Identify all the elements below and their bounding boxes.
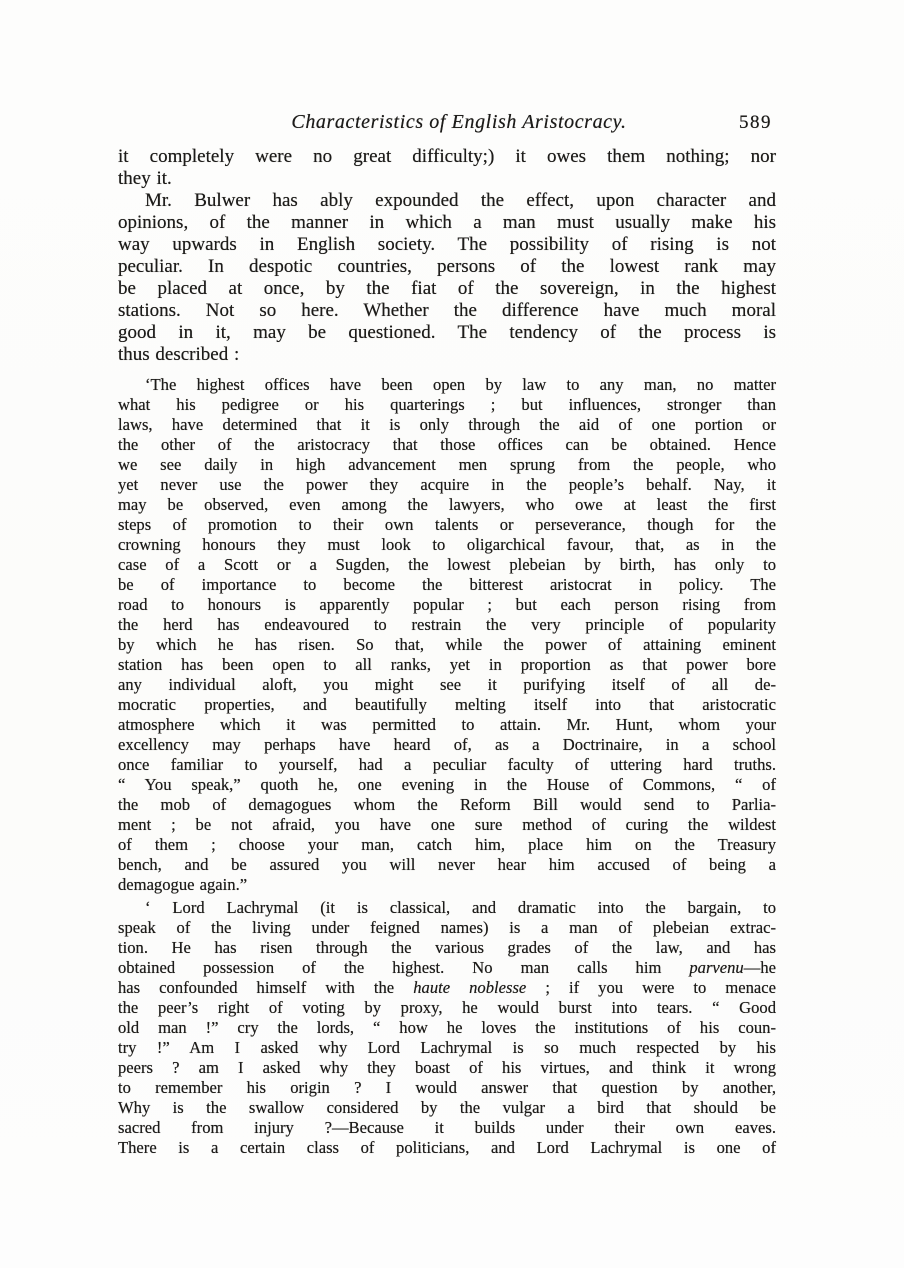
text-line: excellency may perhaps have heard of, as… (118, 735, 776, 755)
text-line: once familiar to yourself, had a peculia… (118, 755, 776, 775)
text-line: thus described : (118, 344, 776, 366)
text-line: good in it, may be questioned. The tende… (118, 322, 776, 344)
text-line: demagogue again.” (118, 875, 776, 895)
text-line: ‘ Lord Lachrymal (it is classical, and d… (118, 898, 776, 918)
text-line: obtained possession of the highest. No m… (118, 958, 776, 978)
text-line: “ You speak,” quoth he, one evening in t… (118, 775, 776, 795)
text-line: tion. He has risen through the various g… (118, 938, 776, 958)
text-line: yet never use the power they acquire in … (118, 475, 776, 495)
text-line: be of importance to become the bitterest… (118, 575, 776, 595)
text-line: the peer’s right of voting by proxy, he … (118, 998, 776, 1018)
text-line: opinions, of the manner in which a man m… (118, 212, 776, 234)
text-line: they it. (118, 168, 776, 190)
text-line: old man !” cry the lords, “ how he loves… (118, 1018, 776, 1038)
text-line: bench, and be assured you will never hea… (118, 855, 776, 875)
paragraph: ‘The highest offices have been open by l… (118, 375, 776, 895)
text-line: to remember his origin ? I would answer … (118, 1078, 776, 1098)
text-line: Mr. Bulwer has ably expounded the effect… (118, 190, 776, 212)
text-line: way upwards in English society. The poss… (118, 234, 776, 256)
paragraph: ‘ Lord Lachrymal (it is classical, and d… (118, 898, 776, 1158)
text-line: the herd has endeavoured to restrain the… (118, 615, 776, 635)
running-head: Characteristics of English Aristocracy. … (118, 111, 776, 137)
text-line: Why is the swallow considered by the vul… (118, 1098, 776, 1118)
page-title: Characteristics of English Aristocracy. (130, 111, 788, 134)
text-line: mocratic properties, and beautifully mel… (118, 695, 776, 715)
text-line: has confounded himself with the haute no… (118, 978, 776, 998)
text-column: Characteristics of English Aristocracy. … (118, 0, 776, 1158)
text-line: of them ; choose your man, catch him, pl… (118, 835, 776, 855)
text-line: be placed at once, by the fiat of the so… (118, 278, 776, 300)
text-line: There is a certain class of politicians,… (118, 1138, 776, 1158)
text-block: it completely were no great difficulty;)… (118, 146, 776, 1158)
text-line: stations. Not so here. Whether the diffe… (118, 300, 776, 322)
book-page-scan: Characteristics of English Aristocracy. … (0, 0, 904, 1268)
text-line: the other of the aristocracy that those … (118, 435, 776, 455)
text-line: speak of the living under feigned names)… (118, 918, 776, 938)
text-line: station has been open to all ranks, yet … (118, 655, 776, 675)
text-line: we see daily in high advancement men spr… (118, 455, 776, 475)
text-line: case of a Scott or a Sugden, the lowest … (118, 555, 776, 575)
text-line: ment ; be not afraid, you have one sure … (118, 815, 776, 835)
paragraph: Mr. Bulwer has ably expounded the effect… (118, 190, 776, 366)
text-line: any individual aloft, you might see it p… (118, 675, 776, 695)
text-line: the mob of demagogues whom the Reform Bi… (118, 795, 776, 815)
text-line: ‘The highest offices have been open by l… (118, 375, 776, 395)
text-line: peculiar. In despotic countries, persons… (118, 256, 776, 278)
text-line: sacred from injury ?—Because it builds u… (118, 1118, 776, 1138)
text-line: atmosphere which it was permitted to att… (118, 715, 776, 735)
paragraph: it completely were no great difficulty;)… (118, 146, 776, 190)
text-line: road to honours is apparently popular ; … (118, 595, 776, 615)
text-line: laws, have determined that it is only th… (118, 415, 776, 435)
text-line: may be observed, even among the lawyers,… (118, 495, 776, 515)
text-line: it completely were no great difficulty;)… (118, 146, 776, 168)
text-line: try !” Am I asked why Lord Lachrymal is … (118, 1038, 776, 1058)
text-line: steps of promotion to their own talents … (118, 515, 776, 535)
text-line: what his pedigree or his quarterings ; b… (118, 395, 776, 415)
page-number: 589 (739, 112, 772, 134)
text-line: crowning honours they must look to oliga… (118, 535, 776, 555)
text-line: by which he has risen. So that, while th… (118, 635, 776, 655)
text-line: peers ? am I asked why they boast of his… (118, 1058, 776, 1078)
